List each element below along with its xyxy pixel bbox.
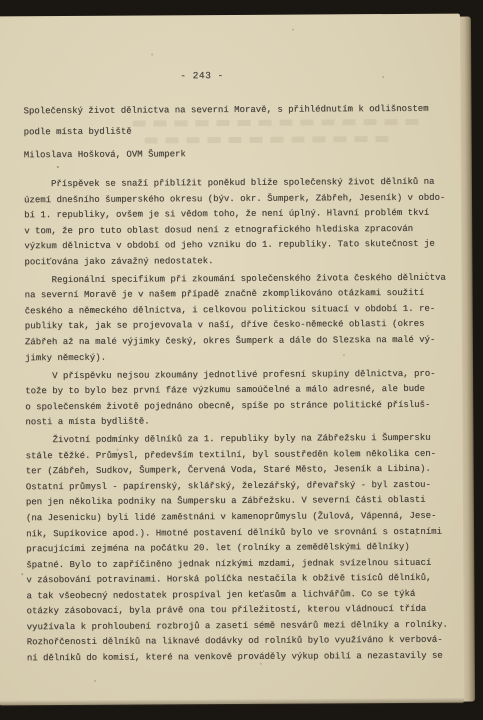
document-title: Společenský život dělnictva na severní M… [23,99,451,144]
text-block: Společenský život dělnictva na severní M… [23,99,454,670]
document-page: - 243 - Společenský život dělnictva na s… [0,14,464,706]
paragraph: Příspěvek se snaží přiblížit poněkud blí… [24,175,453,271]
paragraph: Regionální specifikum při zkoumání spole… [24,270,453,366]
scan-background: - 243 - Společenský život dělnictva na s… [0,0,483,720]
page-number: - 243 - [180,70,223,81]
paragraph: V příspěvku nejsou zkoumány jednotlivé p… [25,366,453,431]
author-line: Miloslava Hošková, OVM Šumperk [24,146,452,164]
paragraph: Životní podmínky dělníků za 1. republiky… [25,431,454,667]
book-page-block: - 243 - Společenský život dělnictva na s… [0,14,464,706]
